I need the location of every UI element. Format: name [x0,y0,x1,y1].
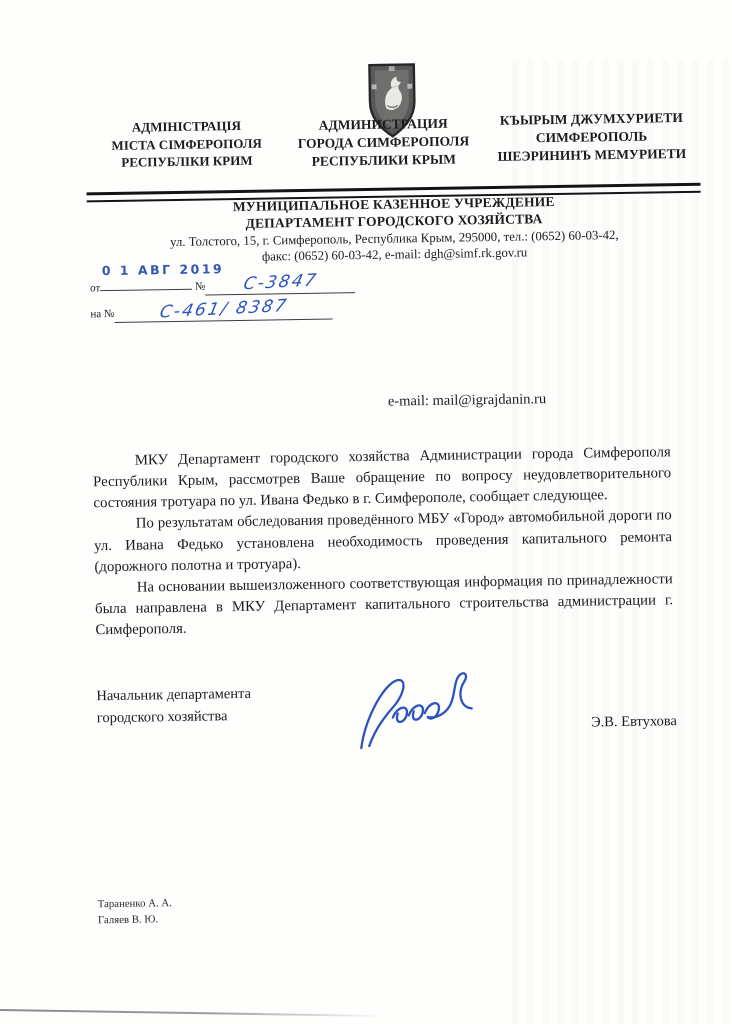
outgoing-number-handwritten: С-3847 [242,270,320,294]
from-label: от [90,282,100,294]
letterhead-crimean-tatar: КЪЫРЫМ ДЖУМХУРИЕТИ СИМФЕРОПОЛЬ ШЕЭРИНИНЪ… [479,109,704,167]
incoming-number-row: на №С-461/ 8387 [90,299,332,324]
letterhead-line: ШЕЭРИНИНЪ МЕМУРИЕТИ [480,145,705,167]
letterhead-columns: АДМІНІСТРАЦІЯ МІСТА СІМФЕРОПОЛЯ РЕСПУБЛІ… [85,107,704,175]
number-label: № [195,281,206,293]
organization-block: МУНИЦИПАЛЬНОЕ КАЗЕННОЕ УЧРЕЖДЕНИЕ ДЕПАРТ… [87,192,702,269]
signer-position-line1: Начальник департамента [96,684,251,708]
letter-content: АДМІНІСТРАЦІЯ МІСТА СІМФЕРОПОЛЯ РЕСПУБЛІ… [0,0,732,1024]
signer-position: Начальник департамента городского хозяйс… [96,684,251,730]
incoming-number-line: С-461/ 8387 [114,299,332,323]
incoming-number-handwritten: С-461/ 8387 [158,296,290,322]
letterhead-line: РЕСПУБЛИКИ КРЫМ [288,151,480,172]
recipient-email: e-mail: mail@igrajdanin.ru [388,391,547,410]
letterhead-line: КЪЫРЫМ ДЖУМХУРИЕТИ [479,109,704,131]
body-paragraph: По результатам обследования проведённого… [94,506,673,579]
from-date-line [100,289,192,291]
outgoing-number-line: С-3847 [205,272,355,295]
executors-block: Тараненко А. А. Галяев В. Ю. [98,895,173,929]
signature-ink-icon [334,666,495,761]
body-paragraph: МКУ Департамент городского хозяйства Адм… [93,442,672,515]
signer-name: Э.В. Евтухова [591,713,677,731]
signer-position-line2: городского хозяйства [97,706,252,730]
executor-name: Тараненко А. А. [98,895,172,912]
letterhead-ukrainian: АДМІНІСТРАЦІЯ МІСТА СІМФЕРОПОЛЯ РЕСПУБЛІ… [85,116,288,172]
reply-label: на № [90,308,114,320]
body-paragraph: На основании вышеизложенного соответству… [95,569,674,642]
outgoing-number-row: от №С-3847 [90,272,356,297]
scanned-letter-page: АДМІНІСТРАЦІЯ МІСТА СІМФЕРОПОЛЯ РЕСПУБЛІ… [0,0,732,1024]
executor-name: Галяев В. Ю. [98,911,172,928]
letterhead-line: РЕСПУБЛІКИ КРИМ [86,151,288,172]
signature-block: Начальник департамента городского хозяйс… [96,677,679,776]
letterhead-russian: АДМИНИСТРАЦИЯ ГОРОДА СИМФЕРОПОЛЯ РЕСПУБЛ… [287,110,480,172]
letter-body: МКУ Департамент городского хозяйства Адм… [93,442,674,641]
letterhead-line: МІСТА СІМФЕРОПОЛЯ [86,134,288,155]
